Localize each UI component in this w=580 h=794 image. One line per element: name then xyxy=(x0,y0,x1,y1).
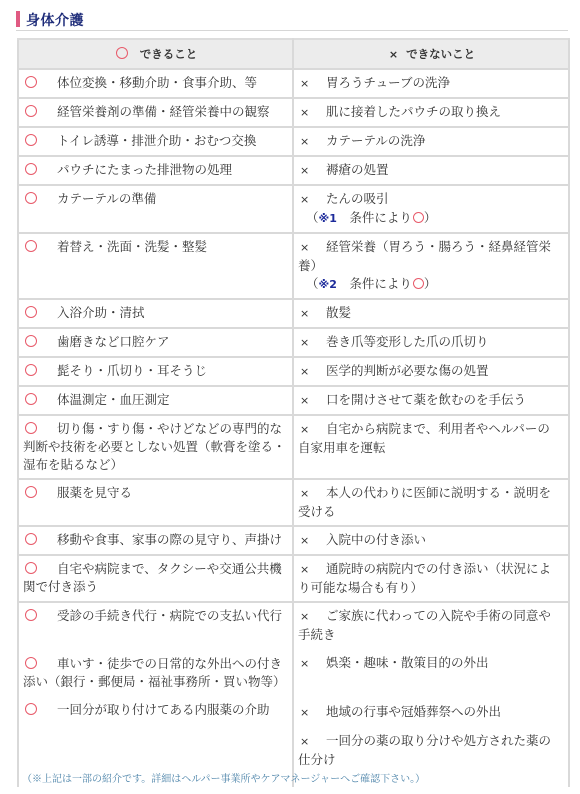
circle-icon xyxy=(25,163,37,175)
can-text: 髭そり・爪切り・耳そうじ xyxy=(57,363,207,378)
can-text: 服薬を見守る xyxy=(57,485,132,500)
cross-icon: × xyxy=(300,485,310,503)
cannot-cell: ×胃ろうチューブの洗浄 xyxy=(293,69,569,98)
table-row: 入浴介助・清拭 ×散髪 xyxy=(18,299,569,328)
can-cell: 体温測定・血圧測定 xyxy=(18,386,293,415)
note-ref: ※2 xyxy=(319,278,337,291)
cannot-text: 本人の代わりに医師に説明する・説明を受ける xyxy=(298,485,551,519)
cannot-cell: ×医学的判断が必要な傷の処置 xyxy=(293,357,569,386)
can-text: 歯磨きなど口腔ケア xyxy=(57,334,170,349)
table-row-combined: 受診の手続き代行・病院での支払い代行 車いす・徒歩での日常的な外出への付き添い（… xyxy=(18,602,569,787)
cross-icon: × xyxy=(300,655,310,673)
cannot-text: 医学的判断が必要な傷の処置 xyxy=(326,363,489,378)
cross-icon: × xyxy=(300,75,310,93)
circle-icon xyxy=(116,47,128,59)
can-text: 体温測定・血圧測定 xyxy=(57,392,170,407)
can-cell: パウチにたまった排泄物の処理 xyxy=(18,156,293,185)
cross-icon: × xyxy=(300,733,310,751)
can-text: 体位変換・移動介助・食事介助、等 xyxy=(57,75,257,90)
header-cannot-label: できないこと xyxy=(406,47,475,61)
header-can: できること xyxy=(18,39,293,69)
cross-icon: × xyxy=(300,305,310,323)
circle-icon xyxy=(25,192,37,204)
circle-icon xyxy=(25,76,37,88)
circle-icon xyxy=(413,212,424,223)
section-title: 身体介護 xyxy=(26,10,84,30)
can-item: 一回分が取り付けてある内服薬の介助 xyxy=(23,701,286,719)
table-row: 服薬を見守る ×本人の代わりに医師に説明する・説明を受ける xyxy=(18,479,569,526)
cannot-cell: ×ご家族に代わっての入院や手術の同意や手続き ×娯楽・趣味・散策目的の外出 ×地… xyxy=(293,602,569,787)
can-cell: 服薬を見守る xyxy=(18,479,293,526)
condition-note: （※1 条件により） xyxy=(298,210,436,225)
cannot-cell: ×自宅から病院まで、利用者やヘルパーの自家用車を運転 xyxy=(293,415,569,479)
circle-icon xyxy=(25,335,37,347)
table-row: 経管栄養剤の準備・経管栄養中の観察 ×肌に接着したパウチの取り換え xyxy=(18,98,569,127)
can-text: 経管栄養剤の準備・経管栄養中の観察 xyxy=(57,104,270,119)
circle-icon xyxy=(25,393,37,405)
can-cell: トイレ誘導・排泄介助・おむつ交換 xyxy=(18,127,293,156)
section-accent-bar xyxy=(16,11,20,27)
circle-icon xyxy=(25,240,37,252)
table-row: 自宅や病院まで、タクシーや交通公共機関で付き添う ×通院時の病院内での付き添い（… xyxy=(18,555,569,602)
can-text: 一回分が取り付けてある内服薬の介助 xyxy=(57,702,270,717)
cross-icon: × xyxy=(389,46,398,64)
can-text: カテーテルの準備 xyxy=(57,191,156,206)
cannot-text: 散髪 xyxy=(326,305,351,320)
can-cell: 切り傷・すり傷・やけどなどの専門的な判断や技術を必要としない処置（軟膏を塗る・湿… xyxy=(18,415,293,479)
cannot-cell: ×褥瘡の処置 xyxy=(293,156,569,185)
can-item: 車いす・徒歩での日常的な外出への付き添い（銀行・郵便局・福祉事務所・買い物等） xyxy=(23,655,286,691)
cross-icon: × xyxy=(300,104,310,122)
circle-icon xyxy=(25,364,37,376)
can-text: 車いす・徒歩での日常的な外出への付き添い（銀行・郵便局・福祉事務所・買い物等） xyxy=(23,656,286,689)
circle-icon xyxy=(25,703,37,715)
can-cell: 着替え・洗面・洗髪・整髪 xyxy=(18,233,293,299)
table-header-row: できること ×できないこと xyxy=(18,39,569,69)
cannot-cell: ×散髪 xyxy=(293,299,569,328)
note-paren: （ xyxy=(306,210,319,225)
cannot-cell: ×カテーテルの洗浄 xyxy=(293,127,569,156)
table-row: 着替え・洗面・洗髪・整髪 ×経管栄養（胃ろう・腸ろう・経鼻経管栄養） （※2 条… xyxy=(18,233,569,299)
cannot-cell: ×巻き爪等変形した爪の爪切り xyxy=(293,328,569,357)
cross-icon: × xyxy=(300,561,310,579)
cannot-text: 自宅から病院まで、利用者やヘルパーの自家用車を運転 xyxy=(298,421,550,455)
table-row: 移動や食事、家事の際の見守り、声掛け ×入院中の付き添い xyxy=(18,526,569,555)
cannot-cell: ×入院中の付き添い xyxy=(293,526,569,555)
cannot-cell: ×本人の代わりに医師に説明する・説明を受ける xyxy=(293,479,569,526)
section-header: 身体介護 xyxy=(16,8,568,31)
circle-icon xyxy=(25,306,37,318)
circle-icon xyxy=(25,657,37,669)
cross-icon: × xyxy=(300,191,310,209)
cannot-cell: ×口を開けさせて薬を飲むのを手伝う xyxy=(293,386,569,415)
can-text: 切り傷・すり傷・やけどなどの専門的な判断や技術を必要としない処置（軟膏を塗る・湿… xyxy=(23,421,286,472)
cannot-text: ご家族に代わっての入院や手術の同意や手続き xyxy=(298,608,551,642)
table-row: カテーテルの準備 ×たんの吸引 （※1 条件により） xyxy=(18,185,569,233)
cross-icon: × xyxy=(300,162,310,180)
cannot-item: ×一回分の薬の取り分けや処方された薬の仕分け xyxy=(298,732,562,769)
cannot-text: 経管栄養（胃ろう・腸ろう・経鼻経管栄養） xyxy=(298,239,551,273)
cross-icon: × xyxy=(300,421,310,439)
table-row: 体温測定・血圧測定 ×口を開けさせて薬を飲むのを手伝う xyxy=(18,386,569,415)
cross-icon: × xyxy=(300,334,310,352)
care-services-table: できること ×できないこと 体位変換・移動介助・食事介助、等 ×胃ろうチューブの… xyxy=(17,38,570,787)
can-cell: 移動や食事、家事の際の見守り、声掛け xyxy=(18,526,293,555)
circle-icon xyxy=(25,134,37,146)
cannot-text: 肌に接着したパウチの取り換え xyxy=(326,104,501,119)
cannot-text: 巻き爪等変形した爪の爪切り xyxy=(326,334,489,349)
can-cell: 歯磨きなど口腔ケア xyxy=(18,328,293,357)
cannot-text: 入院中の付き添い xyxy=(326,532,426,547)
header-can-label: できること xyxy=(140,47,198,61)
table-row: 体位変換・移動介助・食事介助、等 ×胃ろうチューブの洗浄 xyxy=(18,69,569,98)
cross-icon: × xyxy=(300,608,310,626)
circle-icon xyxy=(25,562,37,574)
header-cannot: ×できないこと xyxy=(293,39,569,69)
circle-icon xyxy=(25,533,37,545)
can-cell: 自宅や病院まで、タクシーや交通公共機関で付き添う xyxy=(18,555,293,602)
cannot-text: 通院時の病院内での付き添い（状況により可能な場合も有り） xyxy=(298,561,551,595)
cross-icon: × xyxy=(300,363,310,381)
cannot-text: 地域の行事や冠婚葬祭への外出 xyxy=(326,704,501,719)
can-text: 移動や食事、家事の際の見守り、声掛け xyxy=(57,532,282,547)
note-paren: ） xyxy=(424,210,437,225)
cross-icon: × xyxy=(300,239,310,257)
cannot-item: ×地域の行事や冠婚葬祭への外出 xyxy=(298,703,562,722)
cannot-text: 娯楽・趣味・散策目的の外出 xyxy=(326,655,489,670)
cannot-item: ×ご家族に代わっての入院や手術の同意や手続き xyxy=(298,607,562,644)
cross-icon: × xyxy=(300,133,310,151)
cannot-cell: ×たんの吸引 （※1 条件により） xyxy=(293,185,569,233)
table-row: 歯磨きなど口腔ケア ×巻き爪等変形した爪の爪切り xyxy=(18,328,569,357)
can-item: 受診の手続き代行・病院での支払い代行 xyxy=(23,607,286,625)
cannot-text: カテーテルの洗浄 xyxy=(326,133,425,148)
table-row: パウチにたまった排泄物の処理 ×褥瘡の処置 xyxy=(18,156,569,185)
can-cell: 体位変換・移動介助・食事介助、等 xyxy=(18,69,293,98)
footer-note: （※上記は一部の紹介です。詳細はヘルパー事業所やケアマネージャーへご確認下さい。… xyxy=(22,770,425,785)
circle-icon xyxy=(25,105,37,117)
note-ref: ※1 xyxy=(319,212,337,225)
can-text: 受診の手続き代行・病院での支払い代行 xyxy=(57,608,282,623)
circle-icon xyxy=(413,278,424,289)
cross-icon: × xyxy=(300,392,310,410)
cannot-cell: ×肌に接着したパウチの取り換え xyxy=(293,98,569,127)
circle-icon xyxy=(25,486,37,498)
can-text: パウチにたまった排泄物の処理 xyxy=(57,162,232,177)
cannot-text: 胃ろうチューブの洗浄 xyxy=(326,75,450,90)
table-row: 髭そり・爪切り・耳そうじ ×医学的判断が必要な傷の処置 xyxy=(18,357,569,386)
can-text: 入浴介助・清拭 xyxy=(57,305,145,320)
cross-icon: × xyxy=(300,532,310,550)
can-cell: カテーテルの準備 xyxy=(18,185,293,233)
can-text: 自宅や病院まで、タクシーや交通公共機関で付き添う xyxy=(23,561,282,594)
cross-icon: × xyxy=(300,704,310,722)
table-row: 切り傷・すり傷・やけどなどの専門的な判断や技術を必要としない処置（軟膏を塗る・湿… xyxy=(18,415,569,479)
can-cell: 入浴介助・清拭 xyxy=(18,299,293,328)
note-text: 条件により xyxy=(337,276,412,291)
can-cell: 経管栄養剤の準備・経管栄養中の観察 xyxy=(18,98,293,127)
circle-icon xyxy=(25,422,37,434)
cannot-text: 一回分の薬の取り分けや処方された薬の仕分け xyxy=(298,733,551,767)
cannot-text: 褥瘡の処置 xyxy=(326,162,389,177)
can-cell: 受診の手続き代行・病院での支払い代行 車いす・徒歩での日常的な外出への付き添い（… xyxy=(18,602,293,787)
circle-icon xyxy=(25,609,37,621)
can-text: 着替え・洗面・洗髪・整髪 xyxy=(57,239,207,254)
note-text: 条件により xyxy=(337,210,412,225)
cannot-cell: ×通院時の病院内での付き添い（状況により可能な場合も有り） xyxy=(293,555,569,602)
note-paren: （ xyxy=(306,276,319,291)
cannot-cell: ×経管栄養（胃ろう・腸ろう・経鼻経管栄養） （※2 条件により） xyxy=(293,233,569,299)
cannot-text: たんの吸引 xyxy=(326,191,389,206)
cannot-item: ×娯楽・趣味・散策目的の外出 xyxy=(298,654,562,673)
can-text: トイレ誘導・排泄介助・おむつ交換 xyxy=(57,133,256,148)
note-paren: ） xyxy=(424,276,437,291)
cannot-text: 口を開けさせて薬を飲むのを手伝う xyxy=(326,392,526,407)
condition-note: （※2 条件により） xyxy=(298,276,436,291)
table-row: トイレ誘導・排泄介助・おむつ交換 ×カテーテルの洗浄 xyxy=(18,127,569,156)
can-cell: 髭そり・爪切り・耳そうじ xyxy=(18,357,293,386)
